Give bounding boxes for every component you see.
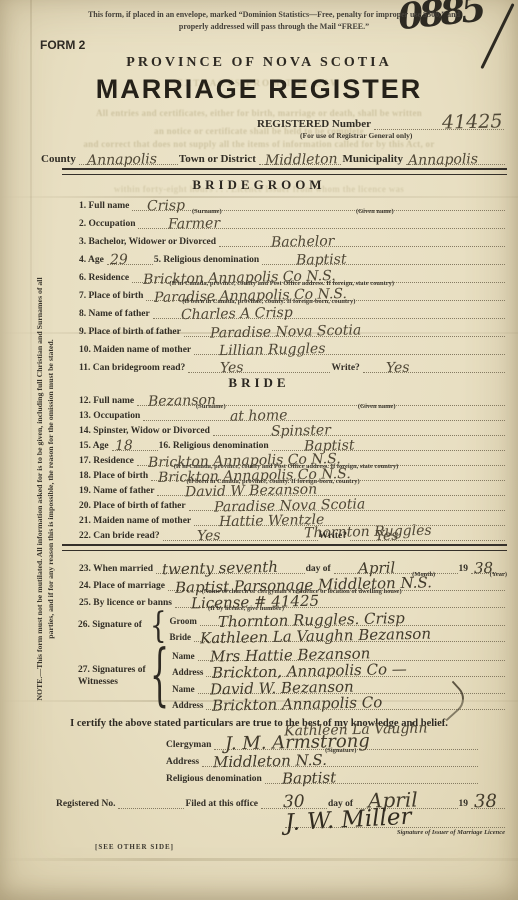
field-label: 20. Place of birth of father: [78, 501, 189, 511]
county-value: Annapolis: [87, 151, 157, 168]
field-9-father-birthplace: 9. Place of birth of father Paradise Nov…: [78, 319, 505, 337]
mother-name-line: Hattie Wentzle: [194, 510, 505, 526]
mother-name-line: Lillian Ruggles: [194, 336, 505, 355]
father-birthplace-line: Paradise Nova Scotia: [189, 495, 505, 511]
clergyman-address-row: Address Middleton N.S.: [165, 750, 478, 767]
read-value: Yes: [197, 528, 221, 544]
father-name-line: Charles A Crisp: [153, 300, 505, 319]
municipality-label: Municipality: [341, 153, 406, 165]
field-14-marital-status: 14. Spinster, Widow or Divorced Spinster: [78, 421, 505, 436]
field-11-literacy: 11. Can bridegroom read? Yes Write? Yes: [78, 355, 505, 373]
residence-line: Brickton Annapolis Co N.S. (If in Canada…: [137, 450, 505, 466]
field-26-signatures: 26. Signature of { Groom Thornton Ruggle…: [78, 610, 505, 642]
town-value: Middleton: [265, 151, 338, 169]
denomination-label: Religious denomination: [165, 774, 265, 784]
witness-row: Address Brickton, Annapolis Co —: [172, 661, 505, 678]
field-25-licence-or-banns: 25. By licence or banns License # 41425 …: [78, 591, 505, 608]
field-21-mother-maiden-name: 21. Maiden name of mother Hattie Wentzle: [78, 511, 505, 526]
age-label: 15. Age: [78, 441, 112, 451]
write-label: Write?: [330, 363, 362, 373]
residence-line: Brickton Annapolis Co N.S. (If in Canada…: [132, 264, 505, 283]
month-line: April (Month): [334, 556, 458, 574]
registered-no-line: [118, 789, 184, 809]
status-line: Bachelor: [219, 228, 505, 247]
field-label: 2. Occupation: [78, 219, 138, 229]
see-other-side-note: [SEE OTHER SIDE]: [95, 843, 518, 851]
town-line: Middleton: [259, 143, 342, 165]
address-line: Middleton N.S.: [202, 749, 478, 767]
witness-name-label: Name: [172, 684, 198, 694]
registered-number-value: 41425: [441, 110, 502, 133]
full-name-line: Bezanson Kathleen La Vaughn (Surname) (G…: [137, 390, 505, 406]
county-label: County: [40, 153, 79, 165]
field-label: 9. Place of birth of father: [78, 327, 184, 337]
field-8-father-name: 8. Name of father Charles A Crisp: [78, 301, 505, 319]
read-label: 22. Can bride read?: [78, 531, 163, 541]
field-6-residence: 6. Residence Brickton Annapolis Co N.S. …: [78, 265, 505, 283]
bride-label: Bride: [170, 632, 195, 642]
full-name-line: Crisp Thornton Ruggles (Surname) (Given …: [132, 192, 505, 211]
page-title: MARRIAGE REGISTER: [0, 74, 518, 105]
field-label: 24. Place of marriage: [78, 581, 168, 591]
issuer-signature-value: J. W. Miller: [284, 804, 412, 837]
issuer-signature-block: J. W. Miller Signature of Issuer of Marr…: [285, 809, 505, 835]
field-23-when-married: 23. When married twenty seventh day of A…: [78, 557, 505, 574]
place-line: Baptist Parsonage Middleton N.S. (Name o…: [168, 573, 505, 591]
registered-no-label: Registered No.: [55, 799, 118, 809]
read-value: Yes: [219, 360, 243, 376]
field-label: 26. Signature of: [78, 620, 150, 632]
write-value: Yes: [375, 528, 399, 544]
status-line: Spinster: [213, 420, 505, 436]
field-label: 12. Full name: [78, 396, 137, 406]
age-line: 29: [107, 246, 153, 265]
birthplace-line: Paradise Annapolis Co N.S. (If born in C…: [146, 282, 505, 301]
section-title-bride: BRIDE: [0, 373, 518, 391]
marriage-register-document: EXTRACTS FROM THE LAW All entries and ce…: [0, 0, 518, 900]
father-birthplace-line: Paradise Nova Scotia: [184, 318, 505, 337]
denomination-value: Baptist: [282, 768, 336, 787]
location-row: County Annapolis Town or District Middle…: [40, 144, 505, 165]
brace-glyph: {: [150, 643, 169, 711]
denomination-line: Baptist: [265, 766, 478, 784]
write-line: Yes: [350, 525, 505, 541]
groom-signature-row: Groom Thornton Ruggles. Crisp: [170, 610, 505, 626]
filed-year-line: 38: [471, 789, 505, 809]
year-line: 38 (Year): [471, 556, 505, 574]
signature-lines: Groom Thornton Ruggles. Crisp Bride Kath…: [170, 610, 505, 642]
year-prefix: 19: [458, 799, 472, 809]
registered-number-row: REGISTERED Number 41425: [256, 112, 504, 130]
religion-line: Baptist: [272, 435, 505, 451]
bride-signature-row: Bride Kathleen La Vaughn Bezanson: [170, 626, 505, 642]
religion-line: Baptist: [262, 246, 505, 265]
municipality-line: Annapolis: [406, 143, 505, 165]
divider-double-rule: [62, 544, 507, 551]
town-label: Town or District: [178, 153, 259, 165]
field-18-birthplace: 18. Place of birth Brickton Annapolis Co…: [78, 466, 505, 481]
margin-note: NOTE.—This form must not be mutilated. A…: [35, 269, 57, 709]
issuer-signature-hint: Signature of Issuer of Marriage Licence: [397, 829, 505, 836]
field-15-16-age-religion: 15. Age 18 16. Religious denomination Ba…: [78, 436, 505, 451]
field-17-residence: 17. Residence Brickton Annapolis Co N.S.…: [78, 451, 505, 466]
licence-line: License # 41425 (If by licence, give num…: [175, 590, 505, 608]
birthplace-line: Brickton Annapolis Co N.S. (If born in C…: [151, 465, 505, 481]
divider-double-rule: [62, 168, 507, 175]
field-20-father-birthplace: 20. Place of birth of father Paradise No…: [78, 496, 505, 511]
age-label: 4. Age: [78, 255, 107, 265]
field-label: 10. Maiden name of mother: [78, 345, 194, 355]
field-24-place-of-marriage: 24. Place of marriage Baptist Parsonage …: [78, 574, 505, 591]
form-body: BRIDEGROOM 1. Full name Crisp Thornton R…: [0, 168, 518, 851]
day-line: twenty seventh: [156, 556, 305, 574]
write-label: Write?: [318, 531, 350, 541]
field-4-5-age-religion: 4. Age 29 5. Religious denomination Bapt…: [78, 247, 505, 265]
filed-day-line: 30: [261, 789, 327, 809]
occupation-line: at home: [143, 405, 505, 421]
field-19-father-name: 19. Name of father David W Bezanson: [78, 481, 505, 496]
province-heading: PROVINCE OF NOVA SCOTIA: [0, 55, 518, 71]
read-label: 11. Can bridegroom read?: [78, 363, 188, 373]
address-label: Address: [165, 757, 202, 767]
write-line: Yes: [363, 354, 505, 373]
field-10-mother-maiden-name: 10. Maiden name of mother Lillian Ruggle…: [78, 337, 505, 355]
mail-instruction-note: This form, if placed in an envelope, mar…: [74, 9, 474, 34]
field-label: 19. Name of father: [78, 486, 157, 496]
bride-signature-line: Kathleen La Vaughn Bezanson: [194, 625, 505, 642]
read-line: Yes: [163, 525, 318, 541]
field-label: 23. When married: [78, 564, 156, 574]
field-label: 1. Full name: [78, 201, 132, 211]
field-1-full-name: 1. Full name Crisp Thornton Ruggles (Sur…: [78, 193, 505, 211]
groom-signature-line: Thornton Ruggles. Crisp: [200, 609, 505, 626]
field-label: 27. Signatures of Witnesses: [78, 665, 150, 689]
county-line: Annapolis: [79, 143, 178, 165]
filed-label: Filed at this office: [184, 799, 261, 809]
occupation-line: Farmer: [138, 210, 505, 229]
field-13-occupation: 13. Occupation at home: [78, 406, 505, 421]
field-label: 17. Residence: [78, 456, 137, 466]
clergyman-row: Clergyman J. M. Armstrong (Signature): [165, 733, 478, 750]
witness-row: Name Mrs Hattie Bezanson: [172, 644, 505, 661]
registered-number-line: 41425: [374, 111, 504, 130]
form-number: FORM 2: [40, 38, 85, 52]
witness-value: Brickton Annapolis Co: [212, 693, 383, 715]
registered-number-label: REGISTERED Number: [256, 118, 374, 130]
clergyman-signature-line: J. M. Armstrong (Signature): [214, 732, 478, 750]
age-line: 18: [112, 435, 158, 451]
field-label: 13. Occupation: [78, 411, 143, 421]
field-7-birthplace: 7. Place of birth Paradise Annapolis Co …: [78, 283, 505, 301]
field-22-literacy: 22. Can bride read? Yes Write? Yes: [78, 526, 505, 541]
section-title-bridegroom: BRIDEGROOM: [0, 175, 518, 193]
witness-line: Mrs Hattie Bezanson: [198, 643, 505, 661]
read-line: Yes: [188, 354, 330, 373]
witness-address-label: Address: [172, 700, 206, 710]
field-label: 8. Name of father: [78, 309, 153, 319]
registrar-use-note: (For use of Registrar General only): [300, 131, 412, 140]
field-label: 7. Place of birth: [78, 291, 146, 301]
field-label: 18. Place of birth: [78, 471, 151, 481]
father-name-line: David W Bezanson: [157, 480, 505, 496]
write-value: Yes: [385, 360, 409, 376]
field-2-occupation: 2. Occupation Farmer: [78, 211, 505, 229]
filing-row: Registered No. Filed at this office 30 d…: [55, 790, 505, 809]
certification-statement: I certify the above stated particulars a…: [0, 718, 518, 733]
witness-line: Brickton, Annapolis Co —: [206, 660, 505, 678]
paper-crease: [0, 858, 518, 861]
field-12-full-name: 12. Full name Bezanson Kathleen La Vaugh…: [78, 391, 505, 406]
denomination-row: Religious denomination Baptist: [165, 767, 478, 784]
witness-name-label: Name: [172, 651, 198, 661]
field-3-marital-status: 3. Bachelor, Widower or Divorced Bachelo…: [78, 229, 505, 247]
municipality-value: Annapolis: [408, 151, 478, 168]
field-label: 6. Residence: [78, 273, 132, 283]
